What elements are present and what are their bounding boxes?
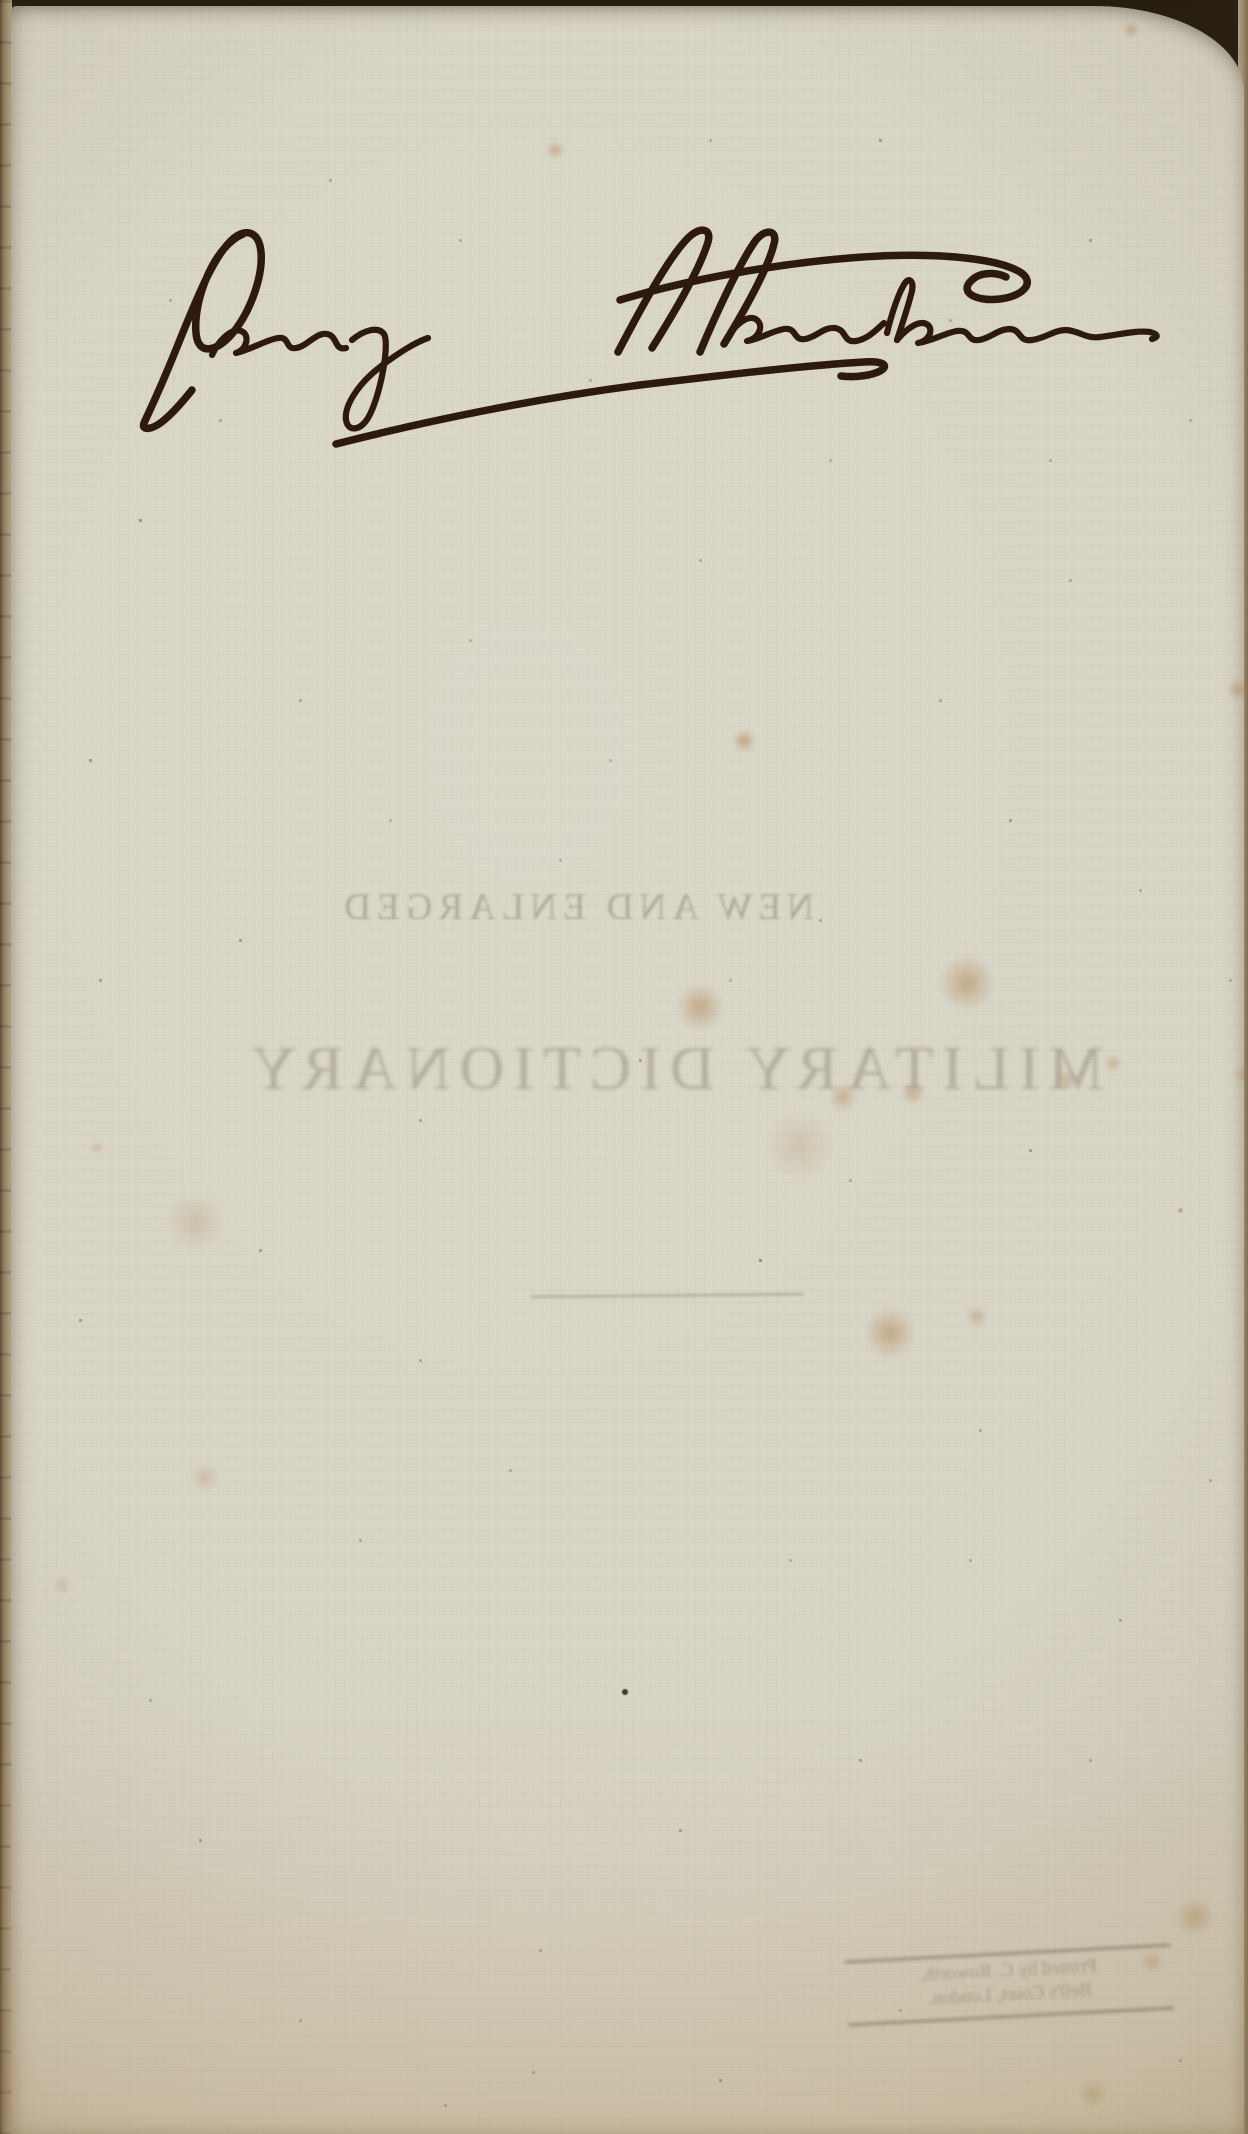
foxing-spot: [546, 141, 564, 159]
showthrough-title-line1: NEW AND ENLARGED: [338, 886, 814, 929]
foxing-spot: [1232, 1065, 1248, 1085]
foxing-stain: [766, 1111, 834, 1179]
foxing-spot: [1226, 678, 1248, 702]
foxing-spot: [1056, 1069, 1078, 1091]
foxing-spot: [1140, 1950, 1164, 1974]
showthrough-title-line2: MILITARY DICTIONARY: [235, 1034, 1111, 1105]
foxing-spot: [1078, 2079, 1108, 2109]
foxing-stain: [167, 1194, 223, 1250]
foxing-spot: [1104, 1054, 1122, 1072]
foxing-spot: [1175, 1897, 1215, 1937]
foxing-spot: [1123, 22, 1139, 38]
foxing-spot: [966, 1306, 988, 1328]
paper-specks: [0, 0, 1, 1]
foxing-spot: [732, 729, 756, 753]
foxing-spot: [939, 955, 995, 1011]
foxing-spot: [53, 1576, 71, 1594]
foxing-stain: [191, 1464, 219, 1492]
foxing-spot: [864, 1307, 916, 1359]
foxing-spot: [901, 1081, 925, 1105]
showthrough-printer-imprint: Printed by C. Roworth, Bell's Court, Lon…: [843, 1939, 1178, 2060]
foxing-spot: [90, 1141, 104, 1155]
ink-dot: [622, 1689, 628, 1695]
foxing-spot: [829, 1083, 857, 1111]
book-flyleaf-photo: NEW AND ENLARGED MILITARY DICTIONARY Pri…: [0, 0, 1248, 2134]
foxing-spot: [676, 983, 724, 1031]
